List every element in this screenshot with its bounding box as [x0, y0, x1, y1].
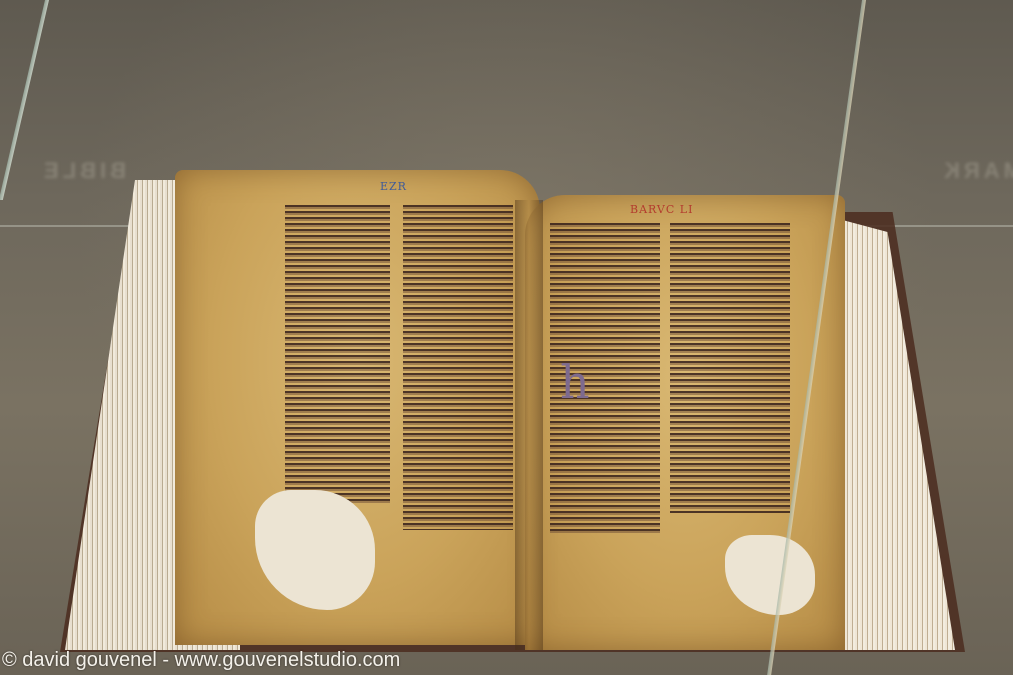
page-damage-left — [255, 490, 375, 610]
left-page-text-column-1 — [285, 205, 390, 505]
left-page: EZR — [175, 170, 540, 645]
manuscript-book: EZR BARVC LI h — [60, 165, 960, 660]
left-running-head: EZR — [380, 180, 407, 193]
page-damage-right — [725, 535, 815, 615]
left-page-text-column-2 — [403, 205, 513, 530]
book-gutter — [515, 200, 543, 650]
copyright-watermark: © david gouvenel - www.gouvenelstudio.co… — [2, 649, 400, 672]
illuminated-initial: h — [560, 355, 590, 409]
right-page: BARVC LI h — [525, 195, 845, 650]
right-running-head: BARVC LI — [630, 203, 693, 216]
right-page-text-column-2 — [670, 223, 790, 513]
